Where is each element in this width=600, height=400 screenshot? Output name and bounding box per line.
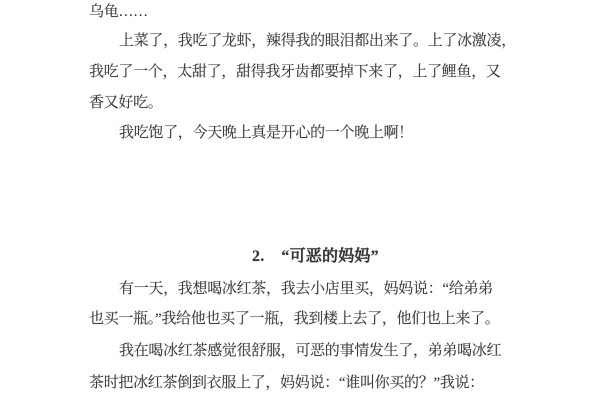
section-title: “可恶的妈妈”	[281, 248, 378, 265]
text-line: 我在喝冰红茶感觉很舒服，可恶的事情发生了，弟弟喝冰红	[119, 343, 501, 359]
text-line: 我吃饱了，今天晚上真是开心的一个晚上啊！	[119, 125, 413, 141]
section-heading: 2.“可恶的妈妈”	[252, 248, 379, 266]
text-line: 乌龟……	[89, 4, 148, 20]
text-line: 我吃了一个，太甜了，甜得我牙齿都要掉下来了，上了鲤鱼，又	[89, 64, 501, 80]
text-line: 有一天，我想喝冰红茶，我去小店里买，妈妈说：“给弟弟	[119, 281, 493, 297]
text-line: 上菜了，我吃了龙虾，辣得我的眼泪都出来了。上了冰激凌，	[119, 33, 516, 49]
text-line: 茶时把冰红茶倒到衣服上了，妈妈说：“谁叫你买的？”我说：	[89, 375, 484, 391]
section-number: 2.	[252, 248, 264, 265]
text-line: 也买一瓶。”我给他也买了一瓶，我到楼上去了，他们也上来了。	[89, 311, 499, 327]
document-page: 乌龟…… 上菜了，我吃了龙虾，辣得我的眼泪都出来了。上了冰激凌， 我吃了一个，太…	[0, 0, 600, 400]
text-line: 香又好吃。	[89, 95, 163, 111]
